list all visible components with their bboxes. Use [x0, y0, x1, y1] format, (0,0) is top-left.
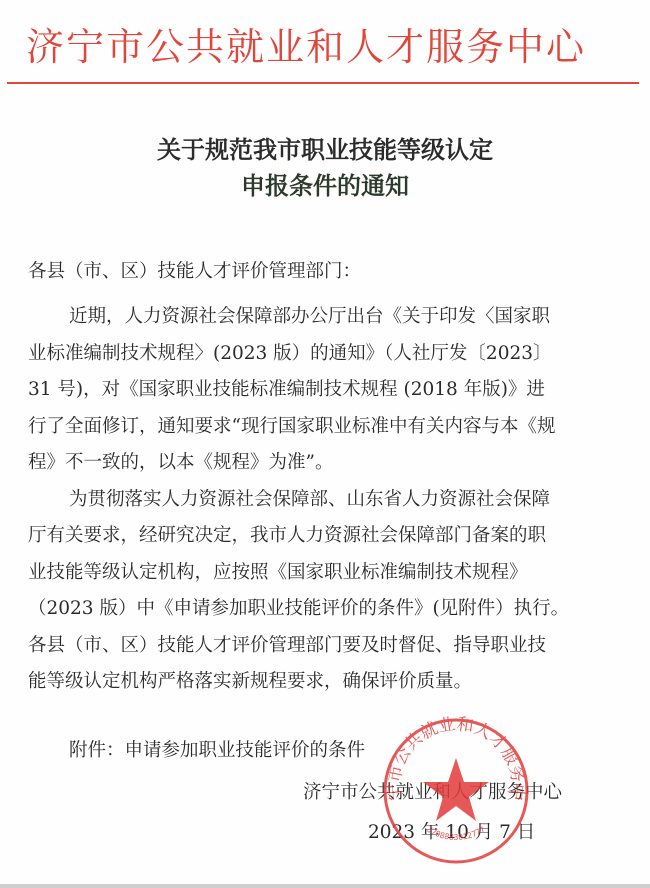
attachment-note: 附件：申请参加职业技能评价的条件 [69, 738, 365, 764]
paragraph-1-line-5: 程》不一致的，以本《规程》为准”。 [28, 450, 333, 476]
paragraph-1-line-2: 业标准编制技术规程〉(2023 版）的通知》（人社厅发〔2023〕 [28, 341, 552, 367]
paragraph-2-line-3: 业技能等级认定机构，应按照《国家职业标准编制技术规程》 [28, 560, 528, 586]
document-title: 关于规范我市职业技能等级认定 申报条件的通知 [0, 132, 650, 204]
paragraph-2-line-1: 为贯彻落实人力资源社会保障部、山东省人力资源社会保障 [69, 487, 550, 513]
title-line-1: 关于规范我市职业技能等级认定 [0, 132, 650, 168]
masthead-org-name: 济宁市公共就业和人才服务中心 [26, 22, 626, 72]
paragraph-2-line-2: 厅有关要求，经研究决定，我市人力资源社会保障部门备案的职 [28, 523, 546, 549]
signature-org: 济宁市公共就业和人才服务中心 [303, 780, 562, 806]
paragraph-2-line-4: （2023 版）中《申请参加职业技能评价的条件》(见附件）执行。 [28, 596, 569, 622]
salutation: 各县（市、区）技能人才评价管理部门： [28, 259, 361, 285]
masthead-divider [7, 82, 639, 84]
paragraph-2-line-6: 能等级认定机构严格落实新规程要求，确保评价质量。 [28, 669, 472, 695]
paragraph-1-line-3: 31 号)，对《国家职业技能标准编制技术规程 (2018 年版)》进 [28, 377, 545, 403]
paragraph-2-line-5: 各县（市、区）技能人才评价管理部门要及时督促、指导职业技 [28, 633, 546, 659]
paragraph-1-line-1: 近期，人力资源社会保障部办公厅出台《关于印发〈国家职 [69, 304, 550, 330]
paragraph-1-line-4: 行了全面修订，通知要求“现行国家职业标准中有关内容与本《规 [28, 414, 555, 440]
title-line-2: 申报条件的通知 [0, 168, 650, 204]
document-page: 济宁市公共就业和人才服务中心 关于规范我市职业技能等级认定 申报条件的通知 各县… [0, 0, 650, 884]
signature-date: 2023 年 10 月 7 日 [368, 820, 535, 846]
page-bottom-edge [0, 884, 650, 888]
